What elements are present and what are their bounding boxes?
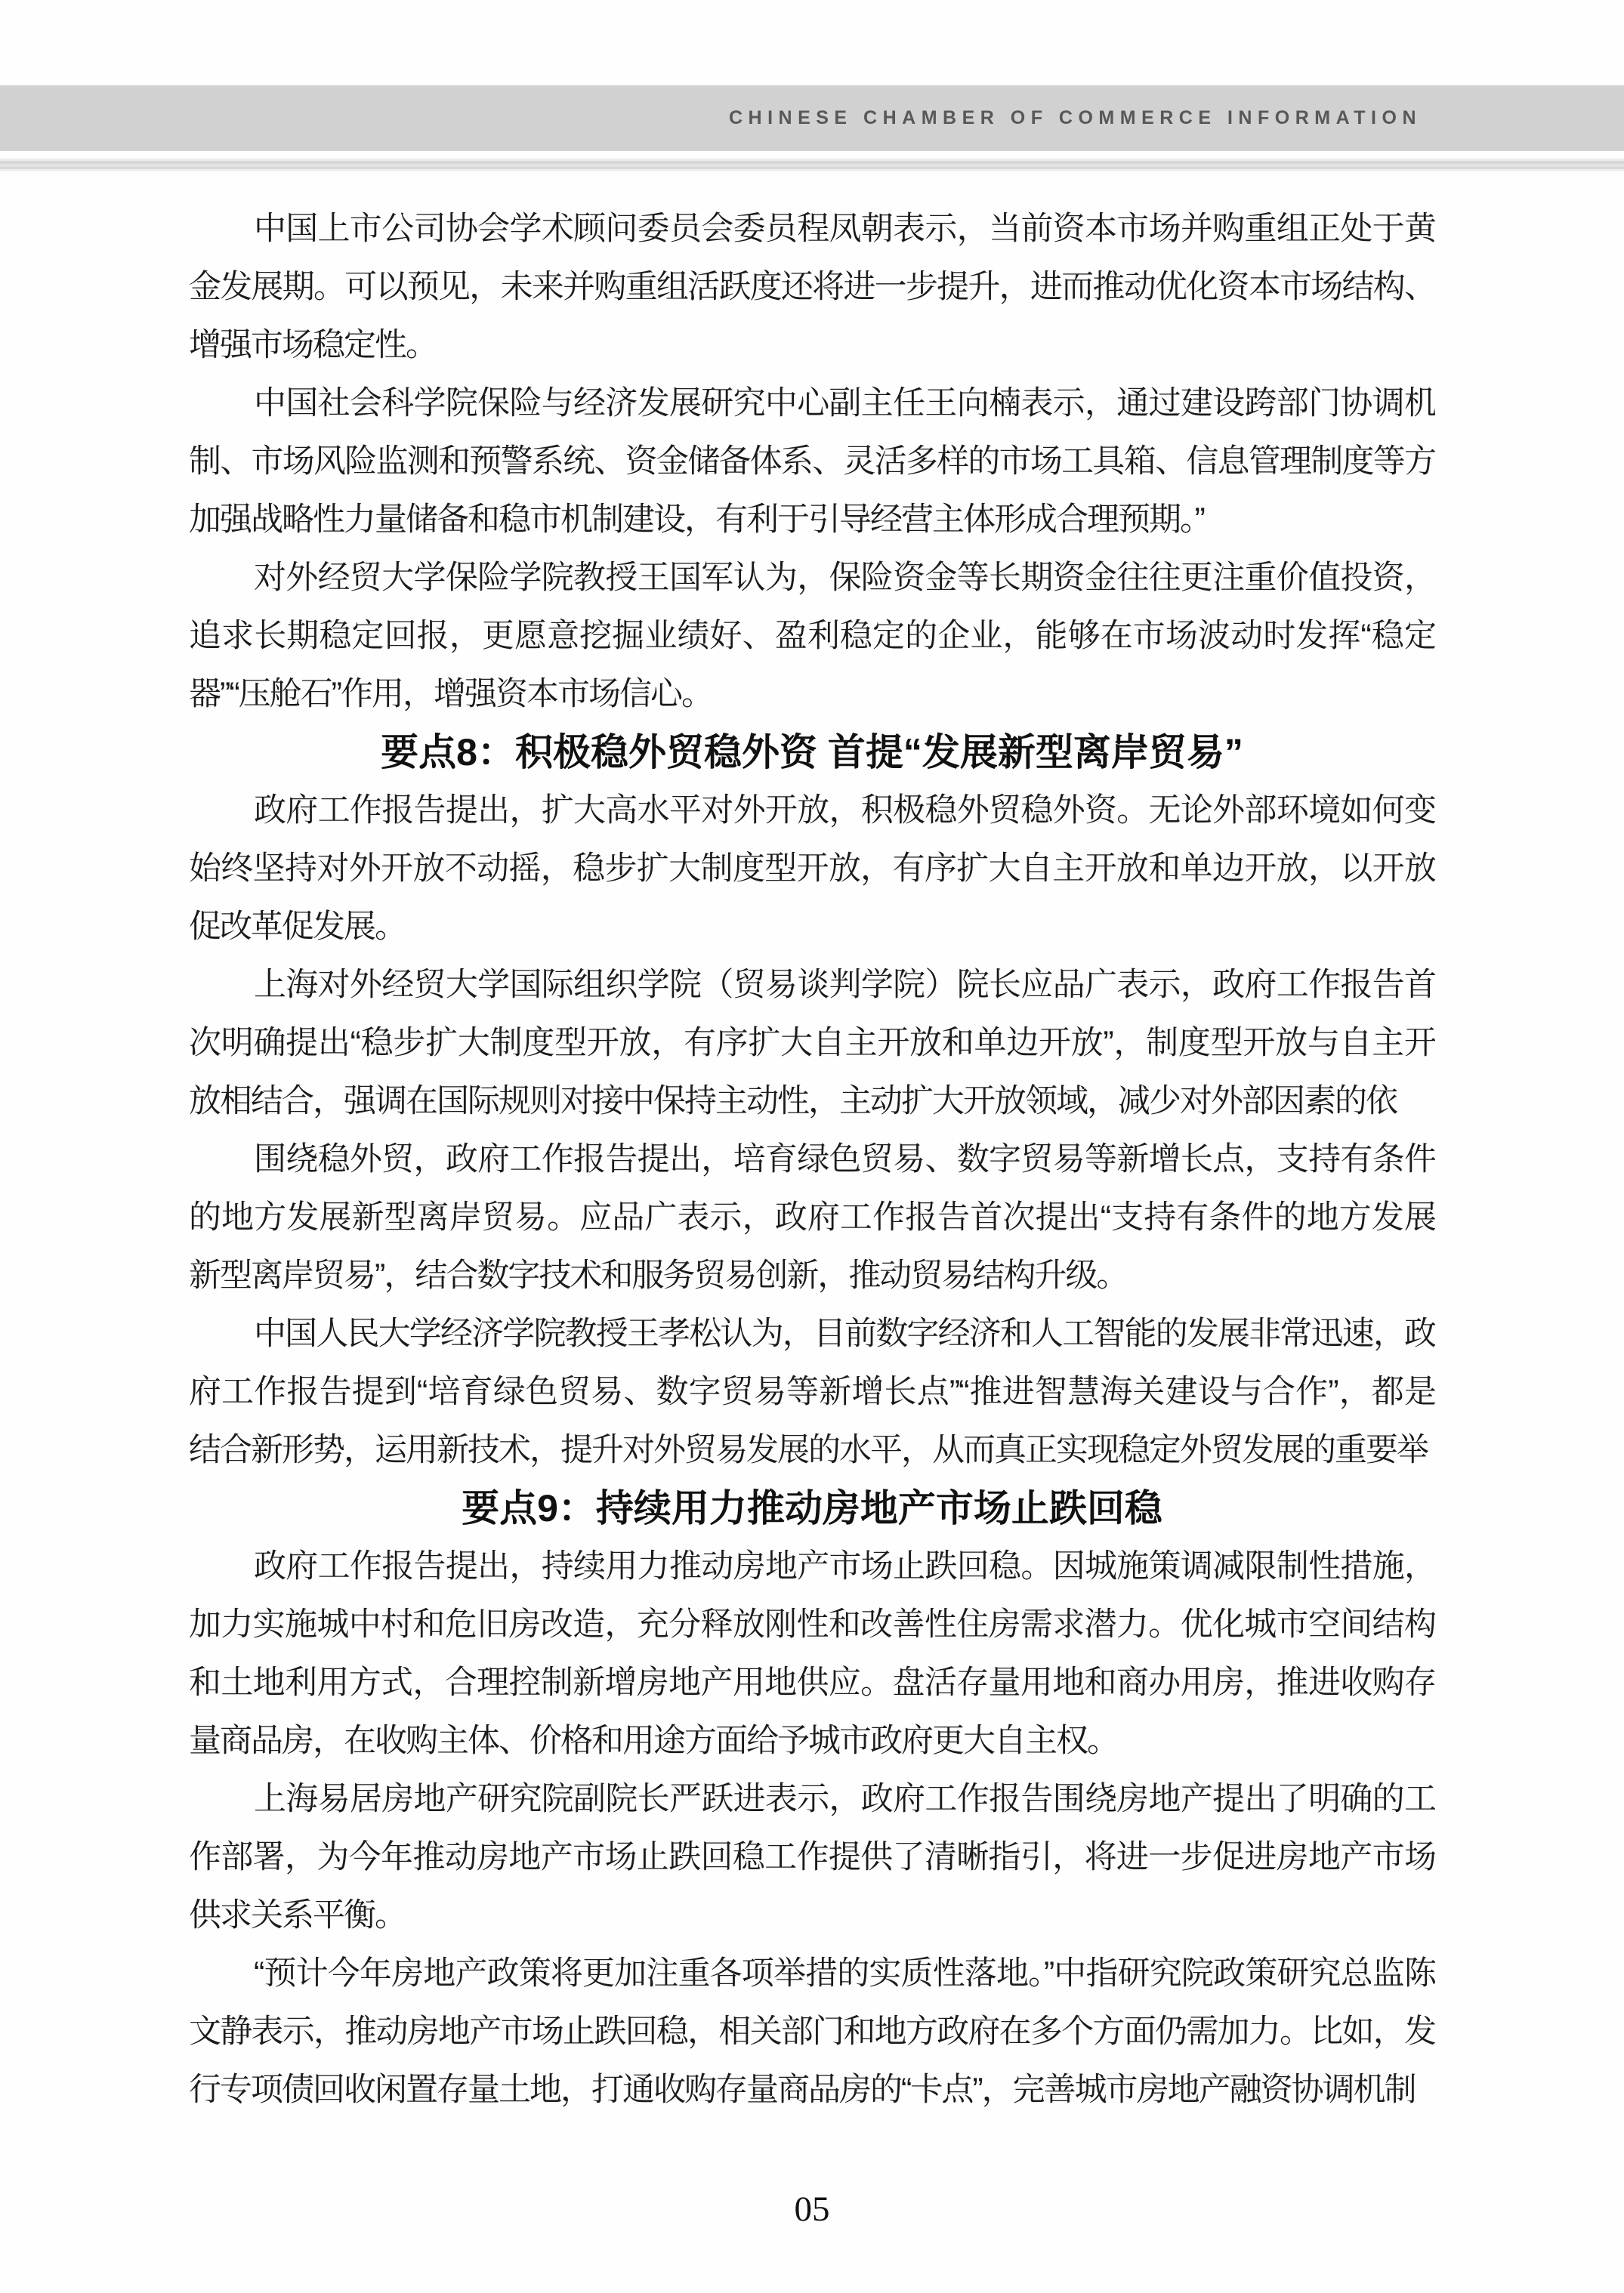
section-heading: 要点8：积极稳外贸稳外资 首提“发展新型离岸贸易”	[189, 724, 1435, 782]
header-banner: CHINESE CHAMBER OF COMMERCE INFORMATION	[0, 85, 1624, 151]
paragraph-line: 金发展期。可以预见，未来并购重组活跃度还将进一步提升，进而推动优化资本市场结构、	[189, 258, 1435, 316]
article-body: 中国上市公司协会学术顾问委员会委员程凤朝表示，当前资本市场并购重组正处于黄金发展…	[189, 200, 1435, 2119]
paragraph-line: 作部署，为今年推动房地产市场止跌回稳工作提供了清晰指引，将进一步促进房地产市场	[189, 1829, 1435, 1887]
paragraph-line: 文静表示，推动房地产市场止跌回稳，相关部门和地方政府在多个方面仍需加力。比如，发	[189, 2003, 1435, 2061]
paragraph-line: 新型离岸贸易”，结合数字技术和服务贸易创新，推动贸易结构升级。	[189, 1247, 1435, 1305]
paragraph-line: 促改革促发展。	[189, 898, 1435, 956]
paragraph-line: 行专项债回收闲置存量土地，打通收购存量商品房的“卡点”，完善城市房地产融资协调机…	[189, 2061, 1435, 2119]
paragraph-line: 围绕稳外贸，政府工作报告提出，培育绿色贸易、数字贸易等新增长点，支持有条件	[189, 1131, 1435, 1189]
paragraph-line: 器”“压舱石”作用，增强资本市场信心。	[189, 665, 1435, 724]
paragraph-line: 中国上市公司协会学术顾问委员会委员程凤朝表示，当前资本市场并购重组正处于黄	[189, 200, 1435, 258]
paragraph-line: “预计今年房地产政策将更加注重各项举措的实质性落地。”中指研究院政策研究总监陈	[189, 1945, 1435, 2003]
paragraph-line: 加力实施城中村和危旧房改造，充分释放刚性和改善性住房需求潜力。优化城市空间结构	[189, 1596, 1435, 1654]
paragraph-line: 的地方发展新型离岸贸易。应品广表示，政府工作报告首次提出“支持有条件的地方发展	[189, 1189, 1435, 1247]
paragraph-line: 放相结合，强调在国际规则对接中保持主动性，主动扩大开放领域，减少对外部因素的依赖…	[189, 1072, 1435, 1131]
paragraph-line: 供求关系平衡。	[189, 1887, 1435, 1945]
paragraph-line: 上海易居房地产研究院副院长严跃进表示，政府工作报告围绕房地产提出了明确的工	[189, 1770, 1435, 1829]
paragraph-line: 和土地利用方式，合理控制新增房地产用地供应。盘活存量用地和商办用房，推进收购存	[189, 1654, 1435, 1712]
paragraph-line: 追求长期稳定回报，更愿意挖掘业绩好、盈利稳定的企业，能够在市场波动时发挥“稳定	[189, 607, 1435, 665]
paragraph-line: 中国社会科学院保险与经济发展研究中心副主任王向楠表示，通过建设跨部门协调机	[189, 375, 1435, 433]
paragraph-line: 次明确提出“稳步扩大制度型开放，有序扩大自主开放和单边开放”，制度型开放与自主开	[189, 1014, 1435, 1072]
paragraph-line: 加强战略性力量储备和稳市机制建设，有利于引导经营主体形成合理预期。”	[189, 491, 1435, 549]
paragraph-line: 府工作报告提到“培育绿色贸易、数字贸易等新增长点”“推进智慧海关建设与合作”，都…	[189, 1363, 1435, 1421]
header-banner-title: CHINESE CHAMBER OF COMMERCE INFORMATION	[0, 85, 1624, 151]
section-heading: 要点9：持续用力推动房地产市场止跌回稳	[189, 1480, 1435, 1538]
paragraph-line: 始终坚持对外开放不动摇，稳步扩大制度型开放，有序扩大自主开放和单边开放，以开放	[189, 840, 1435, 898]
paragraph-line: 制、市场风险监测和预警系统、资金储备体系、灵活多样的市场工具箱、信息管理制度等方…	[189, 433, 1435, 491]
paragraph-line: 政府工作报告提出，扩大高水平对外开放，积极稳外贸稳外资。无论外部环境如何变化，	[189, 782, 1435, 840]
paragraph-line: 政府工作报告提出，持续用力推动房地产市场止跌回稳。因城施策调减限制性措施，	[189, 1538, 1435, 1596]
paragraph-line: 中国人民大学经济学院教授王孝松认为，目前数字经济和人工智能的发展非常迅速，政	[189, 1305, 1435, 1363]
paragraph-line: 增强市场稳定性。	[189, 316, 1435, 375]
paragraph-line: 结合新形势，运用新技术，提升对外贸易发展的水平，从而真正实现稳定外贸发展的重要举…	[189, 1421, 1435, 1480]
paragraph-line: 上海对外经贸大学国际组织学院（贸易谈判学院）院长应品广表示，政府工作报告首	[189, 956, 1435, 1014]
paragraph-line: 量商品房，在收购主体、价格和用途方面给予城市政府更大自主权。	[189, 1712, 1435, 1770]
page-number: 05	[0, 2189, 1624, 2230]
paragraph-line: 对外经贸大学保险学院教授王国军认为，保险资金等长期资金往往更注重价值投资，	[189, 549, 1435, 607]
header-divider-stripes	[0, 159, 1624, 171]
